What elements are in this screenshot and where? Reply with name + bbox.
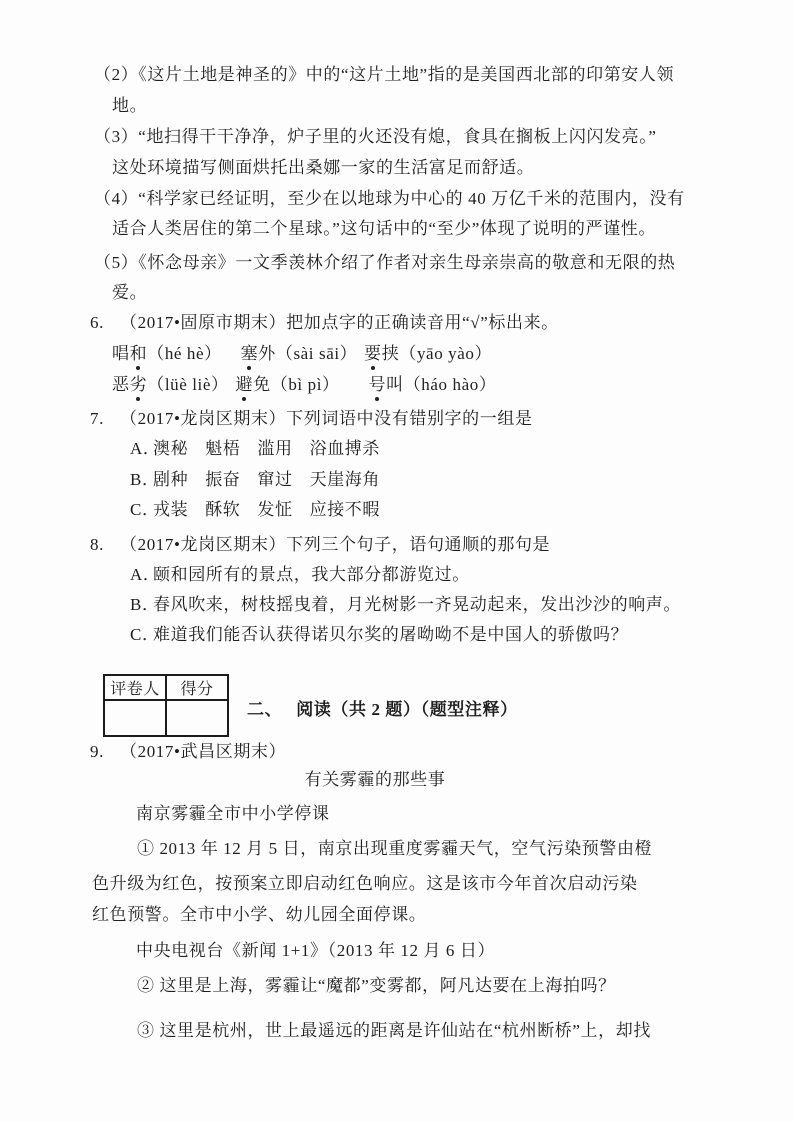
pinyin-word: 塞外（sài sāi） [241, 344, 358, 363]
pinyin-word: 号叫（háo hào） [368, 375, 496, 394]
option-label: A． [130, 438, 153, 460]
pinyin-choices: （háo hào） [404, 375, 497, 394]
pinyin-choices: （lüè liè） [147, 375, 228, 394]
score-table-header-grader: 评卷人 [104, 675, 166, 700]
pinyin-word: 要挟（yāo yào） [364, 344, 492, 363]
section-title: 阅读（共 2 题）（题型注释） [296, 700, 518, 719]
question-9-prompt: 9.（2017•武昌区期末） [90, 741, 286, 763]
dotted-char: 塞 [241, 343, 259, 365]
dotted-char: 和 [130, 343, 148, 365]
passage-paragraph-3: ③ 这里是杭州，世上最遥远的距离是许仙站在“杭州断桥”上，却找 [137, 1020, 651, 1042]
section-numeral: 二、 [247, 700, 282, 719]
question-8-prompt: 8.（2017•龙岗区期末）下列三个句子，语句通顺的那句是 [90, 534, 550, 556]
option-label: A． [130, 564, 153, 586]
question-7-prompt: 7.（2017•龙岗区期末）下列词语中没有错别字的一组是 [90, 408, 533, 430]
score-table-cell-score [166, 700, 228, 736]
score-table-cell-grader [104, 700, 166, 736]
passage-paragraph-1-line-1: ① 2013 年 12 月 5 日，南京出现重度雾霾天气，空气污染预警由橙 [137, 838, 652, 860]
pinyin-word: 避免（bì pì） [236, 375, 340, 394]
question-7-number: 7. [90, 408, 120, 430]
score-table-value-row [104, 700, 228, 736]
statement-3-line-1: （3）“地扫得干干净净，炉子里的火还没有熄，食具在搁板上闪闪发亮。” [94, 126, 657, 148]
option-label: B． [130, 469, 153, 491]
question-7-option-a: A．澳秘魁梧滥用浴血搏杀 [130, 438, 380, 460]
dotted-char: 劣 [130, 374, 148, 396]
pinyin-choices: （bì pì） [271, 375, 340, 394]
statement-2-line-2: 地。 [112, 95, 147, 117]
question-8-option-a: A．颐和园所有的景点，我大部分都游览过。 [130, 564, 470, 586]
score-table: 评卷人 得分 [103, 674, 229, 737]
option-text: 难道我们能否认获得诺贝尔奖的屠呦呦不是中国人的骄傲吗？ [153, 625, 628, 644]
passage-subtitle: 南京雾霾全市中小学停课 [136, 803, 330, 825]
option-label: C． [130, 624, 153, 646]
question-6-number: 6. [90, 312, 120, 334]
pinyin-choices: （sài sāi） [276, 344, 357, 363]
statement-4-line-1: （4）“科学家已经证明，至少在以地球为中心的 40 万亿千米的范围内，没有 [94, 188, 685, 210]
passage-title: 有关雾霾的那些事 [0, 769, 750, 791]
statement-2-line-1: （2）《这片土地是神圣的》中的“这片土地”指的是美国西北部的印第安人领 [94, 64, 674, 86]
statement-5-line-1: （5）《怀念母亲》一文季羡林介绍了作者对亲生母亲崇高的敬意和无限的热 [94, 252, 675, 274]
passage-paragraph-1-line-3: 红色预警。全市中小学、幼儿园全面停课。 [92, 904, 426, 926]
option-text: 颐和园所有的景点，我大部分都游览过。 [153, 565, 470, 584]
question-8-number: 8. [90, 534, 120, 556]
question-7-option-b: B．剧种振奋窜过天崖海角 [130, 469, 380, 491]
question-8-option-b: B．春风吹来，树枝摇曳着，月光树影一齐晃动起来，发出沙沙的响声。 [130, 594, 681, 616]
document-page: （2）《这片土地是神圣的》中的“这片土地”指的是美国西北部的印第安人领 地。 （… [0, 0, 793, 1122]
question-8-option-c: C．难道我们能否认获得诺贝尔奖的屠呦呦不是中国人的骄傲吗？ [130, 624, 628, 646]
question-6-prompt: 6.（2017•固原市期末）把加点字的正确读音用“√”标出来。 [90, 312, 559, 334]
question-9-number: 9. [90, 741, 120, 763]
statement-5-line-2: 爱。 [112, 282, 147, 304]
question-8-text: （2017•龙岗区期末）下列三个句子，语句通顺的那句是 [120, 535, 550, 554]
question-6-row-2: 恶劣（lüè liè） 避免（bì pì） 号叫（háo hào） [112, 374, 496, 396]
statement-3-line-2: 这处环境描写侧面烘托出桑娜一家的生活富足而舒适。 [112, 157, 534, 179]
pinyin-word: 恶劣（lüè liè） [112, 375, 229, 394]
question-7-text: （2017•龙岗区期末）下列词语中没有错别字的一组是 [120, 409, 533, 428]
option-label: B． [130, 594, 153, 616]
passage-source: 中央电视台《新闻 1+1》（2013 年 12 月 6 日） [136, 940, 495, 962]
section-heading: 二、阅读（共 2 题）（题型注释） [247, 699, 518, 721]
dotted-char: 避 [236, 374, 254, 396]
passage-paragraph-2: ② 这里是上海，雾霾让“魔都”变雾都，阿凡达要在上海拍吗？ [137, 975, 616, 997]
score-table-header-row: 评卷人 得分 [104, 675, 228, 700]
pinyin-choices: （yāo yào） [399, 344, 492, 363]
score-table-header-score: 得分 [166, 675, 228, 700]
pinyin-choices: （hé hè） [147, 344, 222, 363]
question-7-option-c: C．戎装酥软发怔应接不暇 [130, 499, 380, 521]
question-9-text: （2017•武昌区期末） [120, 742, 286, 761]
option-label: C． [130, 499, 153, 521]
question-6-text: （2017•固原市期末）把加点字的正确读音用“√”标出来。 [120, 313, 559, 332]
question-6-row-1: 唱和（hé hè） 塞外（sài sāi） 要挟（yāo yào） [112, 343, 492, 365]
passage-paragraph-1-line-2: 色升级为红色，按预案立即启动红色响应。这是该市今年首次启动污染 [92, 873, 638, 895]
statement-4-line-2: 适合人类居住的第二个星球。”这句话中的“至少”体现了说明的严谨性。 [112, 218, 656, 240]
dotted-char: 要 [364, 343, 382, 365]
pinyin-word: 唱和（hé hè） [112, 344, 222, 363]
dotted-char: 号 [368, 374, 386, 396]
option-text: 春风吹来，树枝摇曳着，月光树影一齐晃动起来，发出沙沙的响声。 [153, 595, 681, 614]
